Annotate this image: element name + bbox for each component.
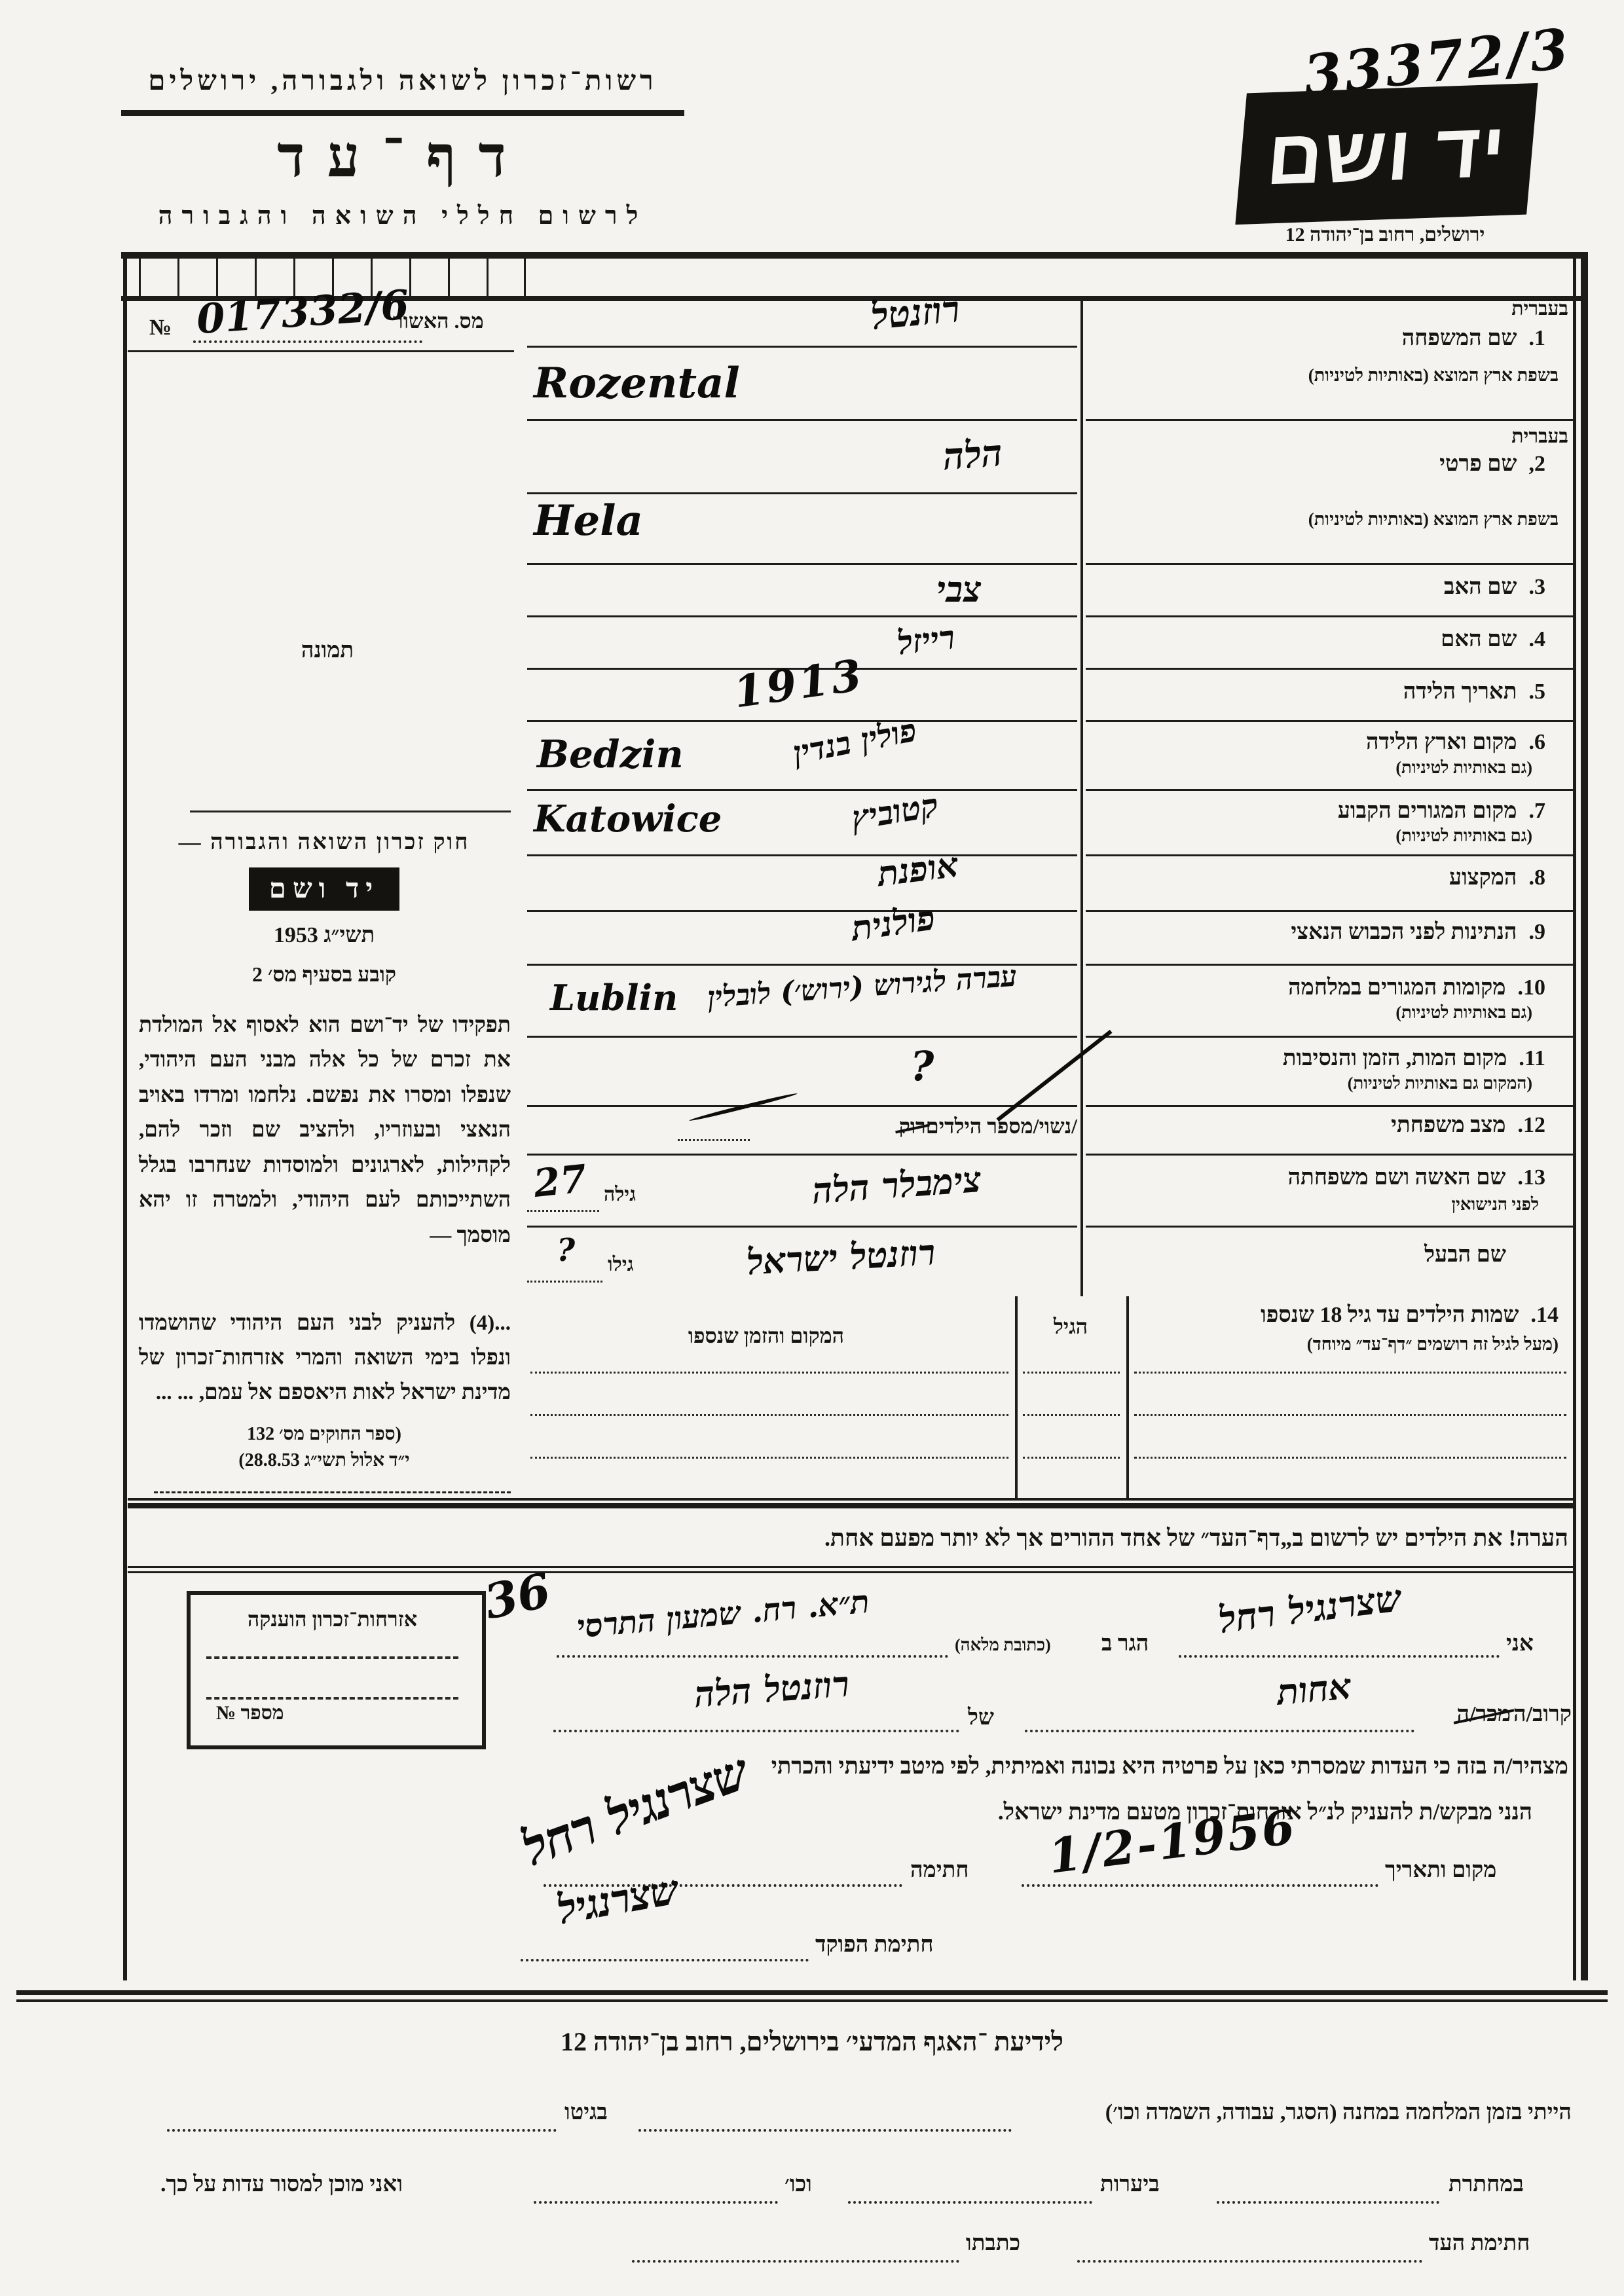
husband-label: שם הבעל — [1087, 1243, 1506, 1267]
signature-handwritten-line2: שצרנגיל — [553, 1865, 682, 1934]
mid-rule — [527, 720, 1077, 722]
header-rule — [121, 110, 684, 116]
residence-hebrew-handwritten: קטוביץ — [849, 786, 941, 837]
field2-sublabel: בשפת ארץ המוצא (באותיות לטיניות) — [1087, 509, 1559, 530]
strip-tick — [524, 257, 526, 296]
footer-etc-label: וכו׳ — [784, 2172, 812, 2197]
photo-placeholder-label: תמונה — [262, 638, 393, 663]
birthplace-latin-handwritten: Bedzin — [537, 732, 684, 776]
label-rule — [1086, 964, 1573, 966]
wartime-residence-latin-handwritten: Lublin — [550, 977, 678, 1019]
place-date-blank — [1022, 1884, 1378, 1887]
field1-label: שם המשפחה — [1402, 326, 1517, 350]
footer-address-blank — [632, 2260, 959, 2263]
field9-label-row: .9 הנתינות לפני הכבוש הנאצי — [1087, 920, 1545, 945]
field7-label-row: .7 מקום המגורים הקבוע — [1087, 799, 1545, 824]
approval-row-rule — [128, 350, 514, 352]
law-year: תשי״ג 1953 — [138, 923, 511, 948]
field5-label-row: .5 תאריך הלידה — [1087, 680, 1545, 704]
field12-number: .12 — [1518, 1113, 1546, 1137]
mid-rule — [527, 854, 1077, 856]
testimony-page-scan: רשות־זכרון לשואה ולגבורה, ירושלים דף־עד … — [0, 0, 1624, 2296]
org-name: רשות־זכרון לשואה ולגבורה, ירושלים — [121, 65, 684, 97]
address-handwritten: ת״א. רח. שמעון התרסי — [575, 1584, 871, 1646]
law-top-rule — [190, 811, 511, 812]
children-row-line — [1134, 1372, 1566, 1374]
relation-handwritten: אחות — [1275, 1665, 1353, 1713]
strip-tick — [216, 257, 218, 296]
place-date-label: מקום ותאריך — [1385, 1858, 1496, 1883]
resides-sublabel: (כתובת מלאה) — [955, 1635, 1051, 1655]
husband-name-handwritten: רוזנטל ישראל — [746, 1231, 936, 1283]
field8-label-row: .8 המקצוע — [1087, 866, 1545, 890]
citizenship-box-title: אזרחות־זכרון הוענקה — [193, 1607, 471, 1631]
law-yad-vashem-text: יד ושם — [269, 873, 379, 905]
form-right-border-outer — [1581, 252, 1588, 1980]
approval-number-line — [193, 308, 422, 343]
field2-label-row: ,2 שם פרטי — [1087, 452, 1545, 477]
surname-hebrew-handwritten: רוזנטל — [869, 287, 961, 338]
children-header-row: .14 שמות הילדים עד גיל 18 שנספו — [1139, 1303, 1559, 1328]
victim-name-blank — [553, 1730, 959, 1732]
footer-address-label: כתבתו — [966, 2231, 1020, 2256]
field6-label-row: .6 מקום וארץ הלידה — [1087, 730, 1545, 755]
footer-forests-label: ביערות — [1100, 2172, 1160, 2197]
field11-sublabel: (המקום גם באותיות לטיניות) — [1087, 1074, 1532, 1093]
label-rule — [1086, 1036, 1573, 1038]
husband-age-handwritten: ? — [557, 1232, 575, 1269]
strip-tick — [255, 257, 257, 296]
field7-sublabel: (גם באותיות לטיניות) — [1087, 826, 1532, 846]
label-rule — [1086, 910, 1573, 912]
footer-ghetto-label: בגיטו — [564, 2100, 608, 2125]
footer-title: לידיעת ־האגף המדעי׳ בירושלים, רחוב בן־יה… — [288, 2026, 1336, 2057]
mid-rule — [527, 789, 1077, 791]
marital-status-blank — [678, 1113, 750, 1141]
field14-label: שמות הילדים עד גיל 18 שנספו — [1261, 1303, 1519, 1327]
strip-tick — [139, 257, 141, 296]
form-left-border — [123, 252, 127, 1980]
citizenship-box-line-1 — [206, 1656, 458, 1659]
mid-rule — [527, 492, 1077, 494]
footer-forests-blank — [848, 2201, 1092, 2204]
residence-latin-handwritten: Katowice — [534, 797, 722, 841]
law-source-line-2: י״ד אלול תשי״ג 28.8.53) — [138, 1450, 511, 1471]
field1-label-row: .1 שם המשפחה — [1087, 326, 1545, 351]
law-source-line-1: (ספר החוקים מס׳ 132 — [138, 1424, 511, 1445]
field2-lang-label: בעברית — [1087, 426, 1568, 448]
label-rule — [1086, 1226, 1573, 1228]
mid-rule — [527, 1226, 1077, 1228]
father-name-handwritten: צבי — [936, 568, 981, 610]
firstname-latin-handwritten: Hela — [534, 496, 643, 545]
witness-name-blank — [1179, 1655, 1500, 1658]
field6-label: מקום וארץ הלידה — [1366, 730, 1517, 754]
label-rule — [1086, 720, 1573, 722]
field9-label: הנתינות לפני הכבוש הנאצי — [1291, 920, 1517, 944]
witness-name-handwritten: שצרנגיל רחל — [1216, 1576, 1403, 1642]
form-right-border-inner — [1573, 252, 1576, 1980]
label-rule — [1086, 615, 1573, 617]
labels-separator — [1080, 301, 1083, 1296]
marital-option-single-struck: רוק — [899, 1114, 926, 1138]
relative-label-row: קרוב/ה מכר/ה — [1421, 1702, 1572, 1727]
label-rule — [1086, 563, 1573, 565]
field1-lang-label: בעברית — [1087, 298, 1568, 320]
field2-number: ,2 — [1529, 452, 1546, 476]
field3-label: שם האב — [1444, 575, 1517, 599]
label-rule — [1086, 419, 1573, 421]
children-row-line — [1023, 1457, 1120, 1459]
field13-sublabel: לפני הנישואין — [1087, 1195, 1539, 1214]
field9-number: .9 — [1529, 920, 1546, 944]
wartime-residence-hebrew-handwritten: עברה לגירוש (ירוש׳) לובלין — [707, 960, 1018, 1015]
field10-number: .10 — [1518, 975, 1546, 1000]
clerk-signature-label: חתימת הפוקד — [815, 1933, 933, 1958]
note-top-rule-b — [128, 1503, 1575, 1508]
field11-label: מקום המות, הזמן והנסיבות — [1283, 1046, 1507, 1070]
children-row-line — [530, 1414, 1008, 1416]
field8-number: .8 — [1529, 866, 1546, 890]
strip-tick — [448, 257, 450, 296]
footer-testimony-statement: ואני מוכן למסור עדות על כך. — [160, 2172, 403, 2197]
field10-label-row: .10 מקומות המגורים במלחמה — [1087, 975, 1545, 1000]
acquaintance-label-struck: מכר/ה — [1457, 1702, 1511, 1726]
clerk-signature-blank — [521, 1959, 809, 1961]
field12-label: מצב משפחתי — [1391, 1113, 1505, 1137]
mid-rule — [527, 1036, 1077, 1038]
field10-label: מקומות המגורים במלחמה — [1288, 975, 1505, 1000]
resides-label: הגר ב — [1101, 1631, 1149, 1656]
note-text: הערה! את הילדים יש לרשום ב„דף־העד״ של אח… — [550, 1524, 1568, 1552]
children-row-line — [1023, 1372, 1120, 1374]
address-blank — [557, 1655, 948, 1658]
field13-label-row: .13 שם האשה ושם משפחתה — [1087, 1165, 1545, 1190]
footer-witness-signature-blank — [1077, 2260, 1422, 2263]
table-vertical-age-right — [1126, 1296, 1129, 1499]
law-bottom-rule — [154, 1491, 511, 1493]
field7-label: מקום המגורים הקבוע — [1338, 799, 1517, 823]
footer-underground-label: במחתרת — [1449, 2172, 1524, 2197]
mid-rule — [527, 563, 1077, 565]
firstname-hebrew-handwritten: הלה — [942, 431, 1004, 479]
relative-label: קרוב/ה — [1513, 1702, 1572, 1726]
profession-handwritten: אופנת — [876, 845, 961, 895]
victim-name-handwritten: רוזנטל הלה — [693, 1663, 851, 1715]
note-bottom-rule-a — [128, 1566, 1575, 1568]
field4-label: שם האם — [1441, 627, 1517, 651]
field4-label-row: .4 שם האם — [1087, 627, 1545, 652]
mid-rule — [527, 1154, 1077, 1156]
death-place-handwritten: ? — [910, 1042, 934, 1090]
field1-number: .1 — [1529, 326, 1546, 350]
mid-rule — [527, 346, 1077, 348]
label-rule — [1086, 668, 1573, 670]
maiden-name-handwritten: צימבלר הלה — [811, 1158, 982, 1212]
children-row-line — [1134, 1414, 1566, 1416]
strip-tick — [487, 257, 489, 296]
label-rule — [1086, 789, 1573, 791]
mid-rule — [527, 910, 1077, 912]
yad-vashem-logo-stamp: יד ושם — [1235, 83, 1538, 225]
label-rule — [1086, 854, 1573, 856]
field12-label-row: .12 מצב משפחתי — [1087, 1113, 1545, 1138]
field5-label: תאריך הלידה — [1403, 680, 1517, 704]
wife-age-handwritten: 27 — [532, 1156, 589, 1206]
age-column-header: הגיל — [1016, 1315, 1125, 1339]
citizenship-box-number-label: מספר № — [216, 1702, 284, 1724]
mother-name-handwritten: רייזל — [895, 618, 957, 663]
form-subtitle: לרשום חללי השואה והגבורה — [121, 202, 684, 230]
yad-vashem-logo-text: יד ושם — [1263, 105, 1509, 202]
footer-line1-label: הייתי בזמן המלחמה במחנה (הסגר, עבודה, הש… — [1022, 2100, 1572, 2125]
footer-underground-blank — [1217, 2201, 1439, 2204]
citizenship-handwritten: פולנית — [849, 898, 937, 949]
field2-label: שם פרטי — [1439, 452, 1517, 476]
mid-rule — [527, 615, 1077, 617]
logo-address: ירושלים, רחוב בן־יהודה 12 — [1198, 224, 1572, 246]
footer-etc-blank — [534, 2201, 778, 2204]
field8-label: המקצוע — [1449, 866, 1517, 890]
note-top-rule-a — [128, 1498, 1575, 1501]
label-rule — [1086, 1105, 1573, 1107]
field3-number: .3 — [1529, 575, 1546, 599]
marital-status-options: /נשוי/מספר הילדיםרוק — [753, 1114, 1077, 1139]
form-top-border — [121, 252, 1588, 259]
field10-sublabel: (גם באותיות לטיניות) — [1087, 1003, 1532, 1023]
place-column-header: המקום והזמן שנספו — [563, 1324, 969, 1348]
field6-sublabel: (גם באותיות לטיניות) — [1087, 758, 1532, 778]
field13-label: שם האשה ושם משפחתה — [1288, 1165, 1506, 1190]
strip-tick — [177, 257, 179, 296]
field4-number: .4 — [1529, 627, 1546, 651]
section-divider-b — [16, 1999, 1608, 2002]
field14-number: .14 — [1531, 1303, 1559, 1327]
label-rule — [1086, 1154, 1573, 1156]
field7-number: .7 — [1529, 799, 1546, 823]
field5-number: .5 — [1529, 680, 1546, 704]
citizenship-box-line-2 — [206, 1697, 458, 1700]
wife-age-label: גילה — [604, 1184, 636, 1206]
children-row-line — [530, 1457, 1008, 1459]
form-title: דף־עד — [121, 124, 684, 191]
husband-age-label: גילו — [608, 1254, 633, 1276]
relation-blank — [1025, 1730, 1414, 1732]
of-label: של — [968, 1705, 994, 1730]
birth-year-handwritten: 1913 — [731, 649, 868, 718]
children-row-line — [1134, 1457, 1566, 1459]
i-label: אני — [1506, 1631, 1534, 1656]
law-heading: חוק זכרון השואה והגבורה — — [138, 830, 511, 855]
mid-rule — [527, 1105, 1077, 1107]
law-paragraph-2: ...(4) להעניק לבני העם היהודי שהושמדו ונ… — [139, 1306, 511, 1410]
footer-camp-blank — [638, 2129, 1012, 2132]
field11-number: .11 — [1519, 1046, 1545, 1070]
footer-ghetto-blank — [167, 2129, 557, 2132]
field3-label-row: .3 שם האב — [1087, 575, 1545, 600]
section-divider-a — [16, 1990, 1608, 1995]
signature-label: חתימה — [910, 1858, 969, 1883]
approval-no-symbol: № — [149, 316, 172, 340]
surname-latin-handwritten: Rozental — [534, 359, 740, 408]
footer-witness-signature-label: חתימת העד — [1429, 2231, 1530, 2256]
children-row-line — [530, 1372, 1008, 1374]
mid-rule — [527, 419, 1077, 421]
strip-tick — [409, 257, 411, 296]
field13-number: .13 — [1518, 1165, 1546, 1190]
law-yad-vashem-badge: יד ושם — [249, 867, 399, 911]
field11-label-row: .11 מקום המות, הזמן והנסיבות — [1087, 1046, 1545, 1071]
field14-sublabel: (מעל לגיל זה רושמים ״דף־עד״ מיוחד) — [1139, 1334, 1559, 1355]
law-paragraph-1: תפקידו של יד־ושם הוא לאסוף אל המולדת את … — [139, 1008, 511, 1253]
field6-number: .6 — [1529, 730, 1546, 754]
note-bottom-rule-b — [128, 1571, 1575, 1573]
field1-sublabel: בשפת ארץ המוצא (באותיות לטיניות) — [1087, 365, 1559, 386]
children-row-line — [1023, 1414, 1120, 1416]
law-clause: קובע בסעיף מס׳ 2 — [138, 962, 511, 987]
